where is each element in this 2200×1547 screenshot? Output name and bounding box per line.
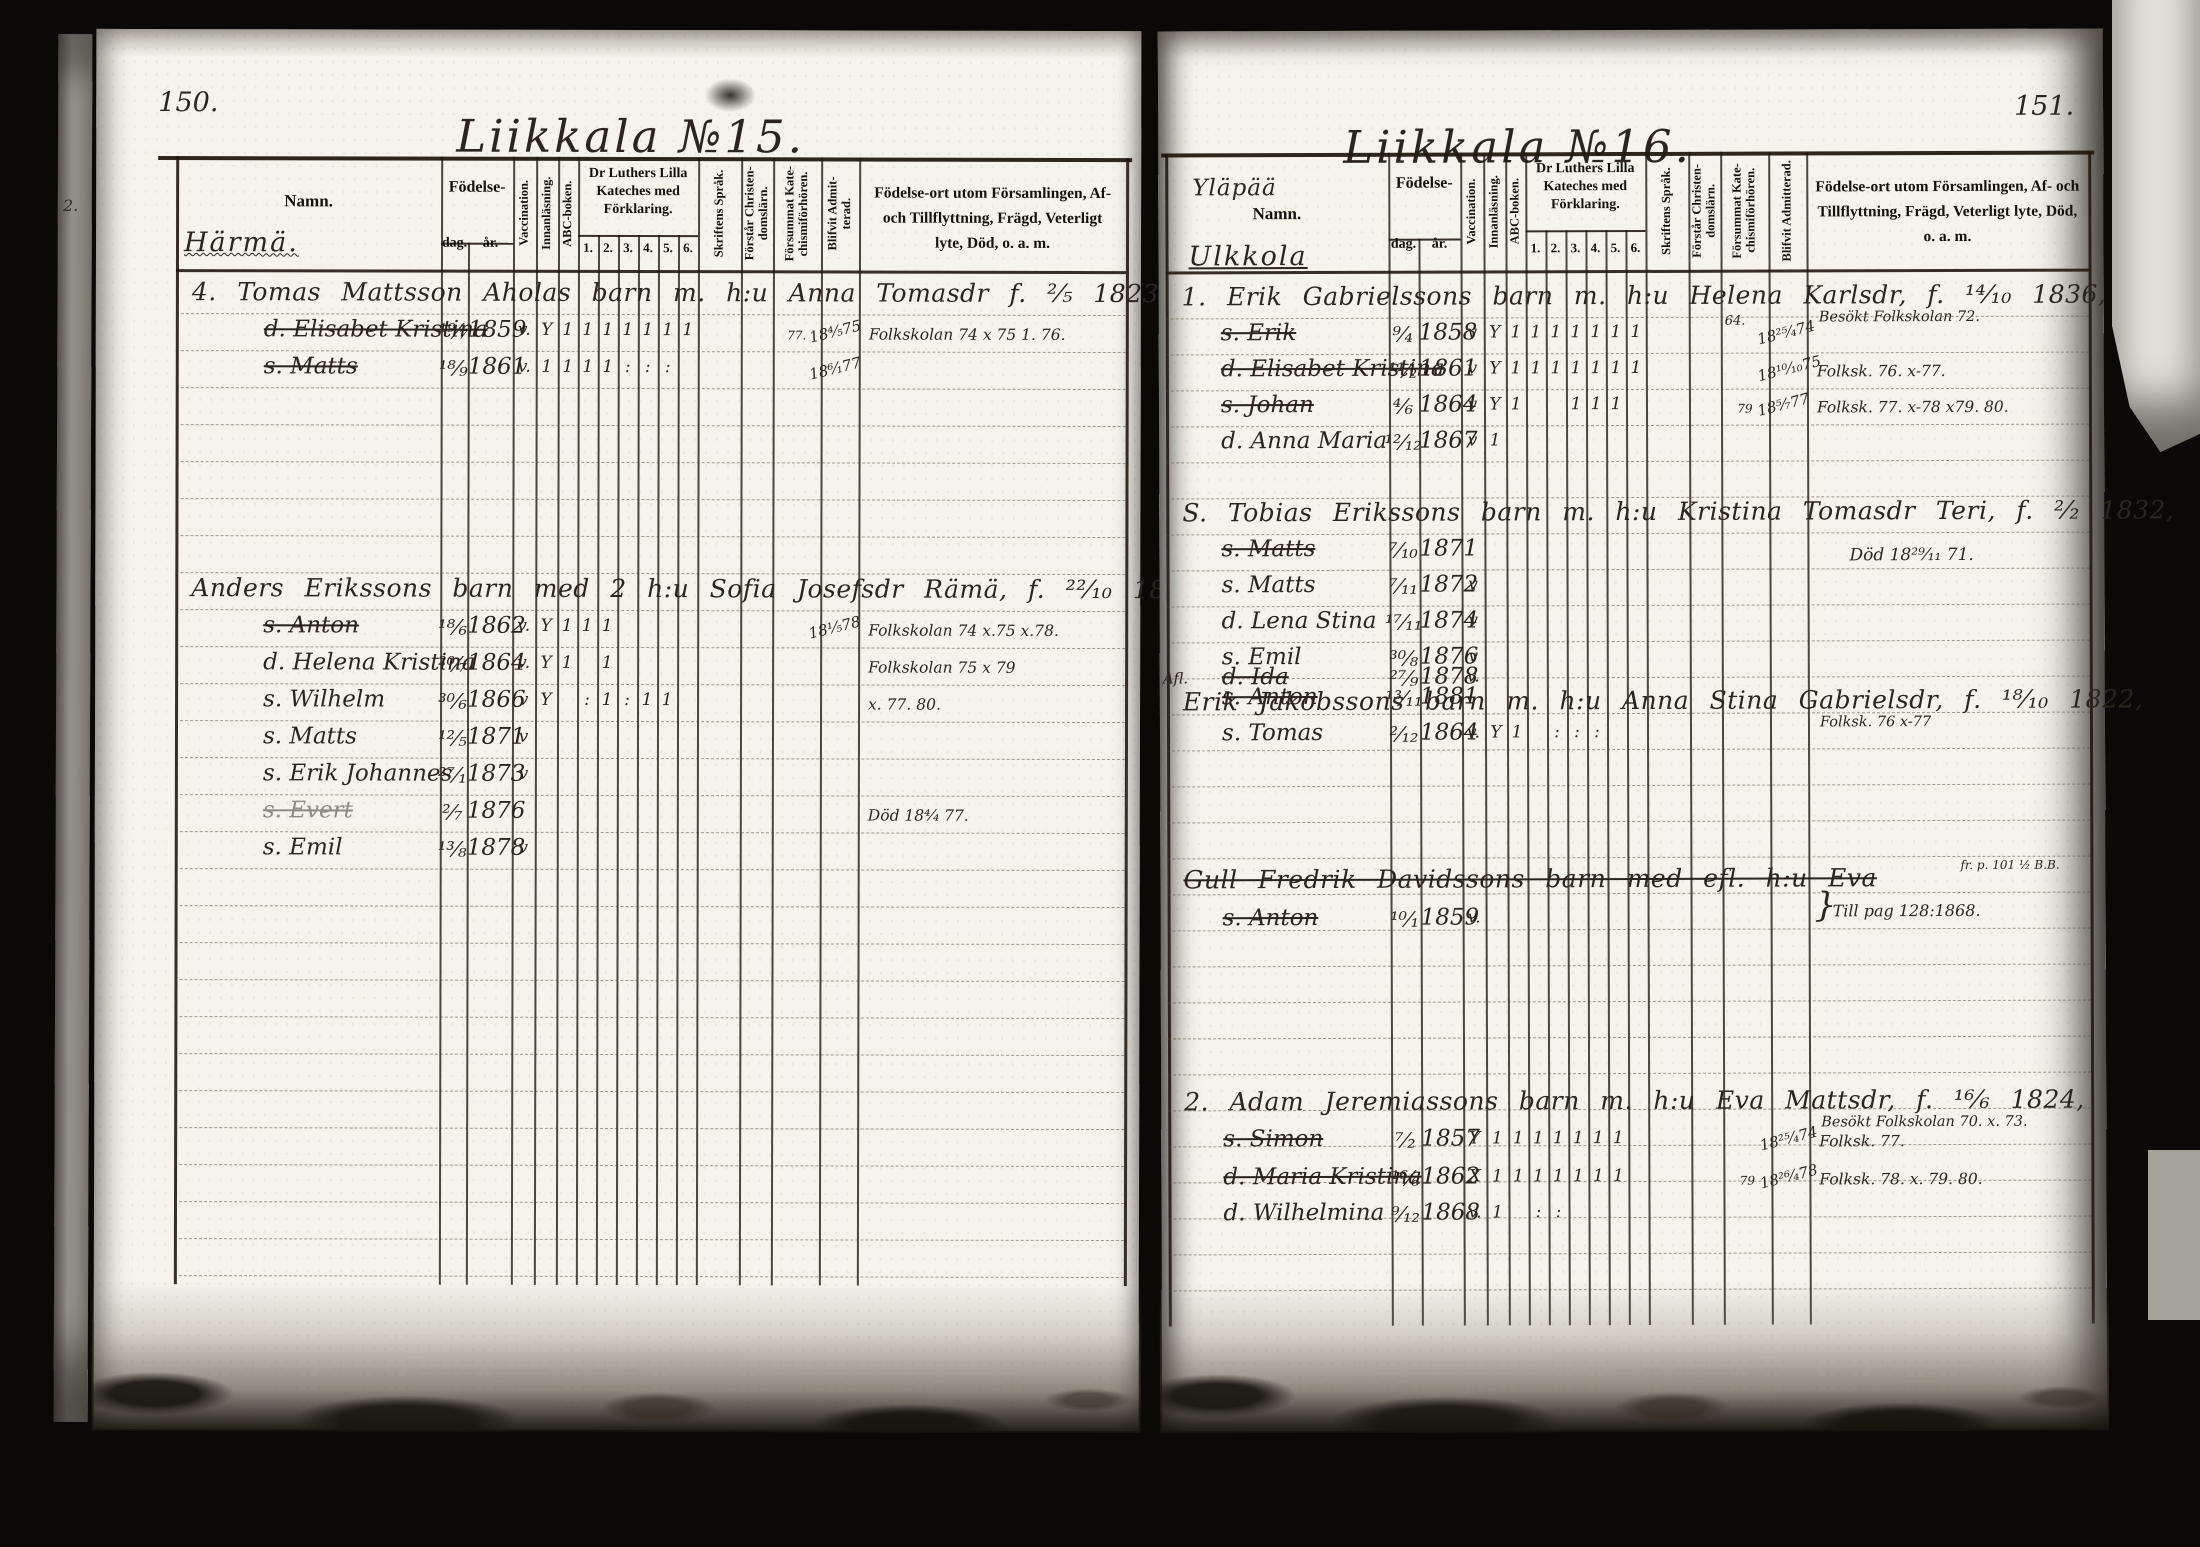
- mark: v: [1462, 610, 1485, 630]
- birth-day: ⁷⁄₁₀: [1383, 539, 1423, 563]
- annotation: fr. p. 101 ½ B.B.: [1960, 858, 2059, 872]
- kateches-col-1: 1.: [578, 240, 598, 256]
- mark: 1: [536, 357, 558, 377]
- page-right: 151. Liikkala №16. Yläpää Ulkkola Namn.F…: [1158, 29, 2107, 1432]
- mark: v: [512, 690, 535, 710]
- family-remark-note: Folksk. 76 x-77: [1820, 714, 1931, 730]
- grid-line: [176, 269, 1126, 273]
- family-header: S. Tobias Erikssons barn m. h:u Kristina…: [1182, 495, 2174, 527]
- mark: 1: [1506, 394, 1526, 414]
- mark: 1: [1506, 358, 1526, 378]
- birth-day: ¹²⁄₁₂: [1383, 431, 1423, 455]
- mark: 1: [1526, 322, 1546, 342]
- mark: 1: [557, 616, 577, 636]
- ruled-line: [174, 1164, 1124, 1167]
- col-header-vaccination: Vaccination.: [514, 163, 535, 264]
- birth-day: ¹⁰⁄₁: [1385, 908, 1425, 932]
- col-header-fodelse: Födelse-: [441, 179, 513, 197]
- mark: 1: [638, 320, 658, 340]
- record-name: s. Tomas: [1222, 720, 1323, 746]
- mark: 1: [1566, 322, 1586, 342]
- mark: 1: [658, 320, 678, 340]
- grid-line: [1645, 152, 1650, 1325]
- mark: :: [617, 690, 637, 710]
- ruled-line: [176, 424, 1126, 427]
- grid-line: [1165, 153, 1172, 1326]
- record-name: d. Anna Maria: [1221, 428, 1387, 455]
- mark: 1: [1546, 358, 1566, 378]
- admitted-note: 18⁶⁄₁77: [807, 353, 862, 383]
- birth-year: 1867: [1419, 428, 1465, 454]
- birth-day: ¹¹⁄₂: [1383, 359, 1423, 383]
- register-table-right: Namn.Födelse-dag.år.Vaccination.Innanläs…: [1158, 29, 2107, 1432]
- ruled-line: [175, 498, 1125, 501]
- mark: Y: [535, 616, 557, 636]
- record-name: d. Lena Stina: [1222, 608, 1377, 634]
- kateches-col-5: 5.: [658, 240, 678, 256]
- record-name: s. Wilhelm: [263, 686, 385, 712]
- col-header-namn: Namn.: [176, 191, 441, 212]
- col-header-vaccination: Vaccination.: [1461, 158, 1482, 264]
- mark: 1: [578, 357, 598, 377]
- kateches-col-2: 2.: [598, 240, 618, 256]
- mark: 1: [1588, 1166, 1608, 1186]
- register-table-left: Namn.Födelse-dag.år.Vaccination.Innanläs…: [94, 29, 1142, 1431]
- col-header-skriftens: Skriftens Språk.: [699, 163, 740, 264]
- birth-year: 1874: [1420, 608, 1466, 634]
- birth-day: ¹⁷⁄₁₁: [1384, 611, 1424, 635]
- admitted-note: 18⁵⁄₇77: [1756, 389, 1812, 419]
- birth-day: ⁴⁄₆: [1383, 395, 1423, 419]
- remark-note: Folkskolan 74 x.75 x.78.: [868, 622, 1059, 640]
- birth-day: ²⁰⁄₇: [434, 653, 471, 677]
- mark: 1: [1586, 358, 1606, 378]
- mark: 1: [1548, 1129, 1568, 1149]
- remark-note: Folkskolan 75 x 79: [868, 659, 1015, 677]
- birth-year: 1861: [1419, 356, 1465, 382]
- col-header-forstar: Förstår Christen­domslärn.: [742, 163, 772, 264]
- mark: v: [1462, 574, 1485, 594]
- mark: Y: [1484, 358, 1506, 378]
- mark: 1: [1486, 1203, 1508, 1223]
- mark: 1: [597, 690, 617, 710]
- ruled-line: [174, 1090, 1124, 1093]
- mark: v: [512, 838, 535, 858]
- mark: 1: [1506, 322, 1526, 342]
- mark: Y: [1484, 394, 1506, 414]
- col-header-remarks: Födelse-ort utom Församlingen, Af- och T…: [1814, 175, 2080, 250]
- annotation: Död 18²⁹⁄₁₁ 71.: [1849, 545, 1973, 565]
- remark-note: Folksk. 77. x-78 x79. 80.: [1817, 398, 2009, 417]
- birth-day: ⁷⁄₂: [1385, 1129, 1425, 1153]
- birth-day: ¹²⁄₅: [434, 727, 471, 751]
- mark: 1: [1586, 322, 1606, 342]
- mark: 1: [657, 690, 677, 710]
- mark: v: [512, 727, 535, 747]
- mark: Y: [1485, 722, 1507, 742]
- mark: :: [618, 357, 638, 377]
- admitted-note: 18¹⁰⁄₁₀75: [1756, 352, 1823, 385]
- birth-year: 1864: [1419, 392, 1465, 418]
- annotation: Till pag 128:1868.: [1833, 901, 1981, 920]
- ruled-line: [175, 868, 1125, 871]
- mark: 1: [1528, 1166, 1548, 1186]
- right-edge-paper-patch: [2148, 1150, 2200, 1320]
- mark: 1: [1508, 1129, 1528, 1149]
- grid-line: [1688, 152, 1693, 1325]
- mark: 1: [1606, 358, 1626, 378]
- record-name: s. Matts: [263, 723, 357, 749]
- mark: 1: [1608, 1166, 1628, 1186]
- birth-day: ⁹⁄₁₂: [1385, 1203, 1425, 1227]
- birth-year: 1873: [467, 761, 516, 787]
- birth-day: ²⁄₇: [434, 801, 471, 825]
- remark-note: x. 77. 80.: [868, 696, 941, 714]
- family-header: 2. Adam Jeremiassons barn m. h:u Eva Mat…: [1184, 1084, 2085, 1116]
- mark: 1: [1626, 358, 1646, 378]
- mark: 1: [578, 320, 598, 340]
- right-adjacent-page-edge: [2112, 0, 2200, 452]
- birth-year: 1862: [467, 613, 516, 639]
- ruled-line: [174, 1016, 1124, 1019]
- remark-note: Folksk. 77.: [1819, 1133, 1905, 1151]
- grid-line: [1161, 151, 2094, 158]
- col-header-innanlasning: Innanläsning.: [537, 163, 557, 264]
- mark: :: [577, 690, 597, 710]
- grid-line: [158, 156, 1132, 162]
- col-header-forstar: Förstår Christen­domslärn.: [1689, 158, 1719, 264]
- mark: 1: [1526, 358, 1546, 378]
- remark-note: Död 18⁴⁄₄ 77.: [868, 807, 969, 825]
- birth-year: 1878: [467, 835, 516, 861]
- kateches-col-3: 3.: [1565, 240, 1585, 256]
- birth-year: 1858: [1419, 320, 1465, 346]
- family-header: 4. Tomas Mattsson Aholas barn m. h:u Ann…: [192, 277, 1168, 308]
- family-header: Anders Erikssons barn med 2 h:u Sofia Jo…: [191, 573, 1207, 604]
- birth-year: 1871: [1419, 536, 1465, 562]
- left-margin-note: 2.: [63, 196, 78, 215]
- mark: v: [1461, 358, 1484, 378]
- mark: Y: [535, 690, 557, 710]
- mark: :: [1587, 722, 1607, 742]
- birth-day: ⁷⁄₁₁: [1384, 575, 1424, 599]
- kateches-col-5: 5.: [1605, 240, 1625, 256]
- mark: 1: [577, 616, 597, 636]
- birth-year: 1862: [1421, 1164, 1467, 1190]
- ruled-line: [174, 1275, 1124, 1278]
- mark: 1: [1486, 1129, 1508, 1149]
- mark: 1: [1586, 394, 1606, 414]
- record-name: s. Erik: [1221, 320, 1297, 346]
- mark: v.: [512, 653, 535, 673]
- col-header-remarks: Födelse-ort utom Församlingen, Af- och T…: [867, 182, 1118, 257]
- birth-year: 1857: [1421, 1126, 1467, 1152]
- mark: 1: [1608, 1128, 1628, 1148]
- birth-year: 1866: [467, 687, 516, 713]
- admitted-note: 18⁴⁄₅75: [807, 316, 862, 346]
- mark: X: [1463, 1167, 1486, 1187]
- family-remark-note: Besökt Folkskolan 70. x. 73.: [1821, 1113, 2027, 1130]
- remark-note: Folksk. 78. x. 79. 80.: [1819, 1170, 1982, 1189]
- birth-year: 1868: [1421, 1200, 1467, 1226]
- ruled-line: [174, 1201, 1124, 1204]
- col-header-namn: Namn.: [1165, 204, 1388, 225]
- mark: 1: [1568, 1129, 1588, 1149]
- col-header-forsummat: Försummat Kate­chismiförhören.: [1721, 158, 1767, 264]
- mark: 1: [1566, 358, 1586, 378]
- mark: :: [1548, 1202, 1568, 1222]
- col-header-dag: dag.: [1388, 237, 1418, 253]
- mark: Y: [1484, 322, 1506, 342]
- mark: 1: [1626, 322, 1646, 342]
- admitted-note: 18¹⁄₅78: [807, 612, 862, 642]
- birth-day: ¹⁸⁄₉: [435, 357, 472, 381]
- col-header-kateches: Dr Luthers Lilla Kateches med Förklaring…: [1525, 160, 1645, 215]
- mark: v: [1461, 394, 1484, 414]
- birth-day: ²⁄₁₂: [1384, 722, 1424, 746]
- birth-year: 1859: [468, 317, 517, 343]
- mark: v.: [1463, 907, 1486, 927]
- col-header-innanlasning: Innanläsning.: [1484, 158, 1504, 264]
- grid-line: [1625, 230, 1630, 1325]
- record-name: s. Erik Johannes: [263, 760, 453, 786]
- mark: 1: [1588, 1128, 1608, 1148]
- mark: 1: [1568, 1166, 1588, 1186]
- mark: 1: [1606, 322, 1626, 342]
- mark: Y: [536, 320, 558, 340]
- kateches-col-6: 6.: [1625, 240, 1645, 256]
- col-header-blifvit: Blifvit Admit­terad.: [1769, 157, 1805, 263]
- mark: :: [638, 357, 658, 377]
- mark: 1: [1606, 394, 1626, 414]
- birth-year: 1861: [468, 354, 517, 380]
- birth-day: ¹⁸⁄₆: [434, 616, 471, 640]
- mark: Y: [535, 653, 557, 673]
- ruled-line: [175, 905, 1125, 908]
- annotation: 64.: [1725, 313, 1746, 328]
- mark: 1: [1486, 1167, 1508, 1187]
- col-header-dag: dag.: [441, 236, 468, 252]
- record-name: s. Matts: [1221, 536, 1315, 562]
- family-remark-note: Besökt Folkskolan 72.: [1819, 309, 1980, 326]
- mark: 1: [598, 320, 618, 340]
- grid-line: [2088, 151, 2094, 1324]
- birth-year: 1859: [1421, 905, 1467, 931]
- record-name: s. Emil: [263, 834, 343, 860]
- mark: v.: [513, 320, 536, 340]
- birth-year: 1864: [1420, 719, 1466, 745]
- ruled-line: [175, 535, 1125, 538]
- mark: :: [1567, 722, 1587, 742]
- mark: 1: [598, 357, 618, 377]
- ruled-line: [174, 979, 1124, 982]
- mark: 1: [1546, 322, 1566, 342]
- ruled-line: [174, 1238, 1124, 1241]
- kateches-col-4: 4.: [638, 240, 658, 256]
- birth-day: ¹⁶⁄₆: [1385, 1167, 1425, 1191]
- mark: 1: [558, 357, 578, 377]
- mark: :: [1528, 1202, 1548, 1222]
- mark: 1: [1508, 1167, 1528, 1187]
- record-name: s. Johan: [1221, 392, 1314, 418]
- kateches-col-6: 6.: [678, 240, 698, 256]
- mark: 1: [597, 653, 617, 673]
- record-name: s. Matts: [1222, 572, 1316, 598]
- mark: 1: [678, 320, 698, 340]
- mark: 1: [1528, 1129, 1548, 1149]
- kateches-col-3: 3.: [618, 240, 638, 256]
- family-header: Erik Jakobssons barn m. h:u Anna Stina G…: [1183, 684, 2143, 716]
- mark: 1: [1507, 722, 1527, 742]
- ruled-line: [174, 1127, 1124, 1130]
- mark: 1: [557, 653, 577, 673]
- margin-label: Afl.: [1163, 669, 1188, 687]
- birth-day: ¹⁹⁄₇: [435, 320, 472, 344]
- col-header-blifvit: Blifvit Admit­terad.: [822, 163, 858, 264]
- remark-note: Folksk. 76. x-77.: [1817, 362, 1946, 380]
- record-name: s. Simon: [1223, 1126, 1323, 1152]
- col-header-skriftens: Skriftens Språk.: [1646, 158, 1687, 264]
- ruled-line: [176, 461, 1126, 464]
- birth-day: ²⁷⁄₁: [434, 764, 471, 788]
- record-name: d. Wilhelmina: [1223, 1200, 1384, 1227]
- col-header-fodelse: Födelse-: [1388, 175, 1460, 193]
- mark: v: [1461, 430, 1484, 450]
- mark: Y: [1463, 1129, 1486, 1149]
- mark: 1: [1566, 394, 1586, 414]
- mark: v.: [512, 616, 535, 636]
- birth-day: ³⁰⁄₆: [434, 690, 471, 714]
- birth-year: 1876: [467, 798, 516, 824]
- mark: 1: [1484, 430, 1506, 450]
- ruled-line: [174, 1053, 1124, 1056]
- record-name: s. Anton: [1223, 905, 1319, 931]
- birth-year: 1871: [467, 724, 516, 750]
- scanned-book-spread: 2. 150. Liikkala №15. Härmä. Namn.Födels…: [0, 0, 2200, 1547]
- mark: v.: [1463, 1203, 1486, 1223]
- record-name: s. Matts: [264, 353, 358, 379]
- mark: :: [1547, 722, 1567, 742]
- grid-line: [1545, 230, 1550, 1325]
- mark: v: [512, 764, 535, 784]
- mark: :: [658, 357, 678, 377]
- page-left: 150. Liikkala №15. Härmä. Namn.Födelse-d…: [94, 29, 1142, 1431]
- mark: 1: [558, 320, 578, 340]
- ruled-line: [176, 387, 1126, 390]
- kateches-col-4: 4.: [1585, 240, 1605, 256]
- col-header-ar: år.: [468, 236, 513, 252]
- kateches-col-1: 1.: [1525, 240, 1545, 256]
- ruled-line: [175, 942, 1125, 945]
- mark: 1: [618, 320, 638, 340]
- birth-year: 1872: [1420, 572, 1466, 598]
- col-header-abc-boken: ABC-boken.: [559, 163, 577, 264]
- mark: 1: [637, 690, 657, 710]
- birth-year: 1864: [467, 650, 516, 676]
- mark: 1: [1548, 1166, 1568, 1186]
- family-header: 1. Erik Gabrielssons barn m. h:u Helena …: [1182, 280, 2107, 312]
- col-header-ar: år.: [1418, 237, 1460, 253]
- family-header: Gull Fredrik Davidssons barn med efl. h:…: [1183, 863, 1877, 894]
- mark: v: [1461, 322, 1484, 342]
- birth-day: ⁹⁄₄: [1383, 323, 1423, 347]
- kateches-col-2: 2.: [1545, 240, 1565, 256]
- birth-day: ¹³⁄₈: [434, 838, 471, 862]
- record-name: s. Anton: [263, 612, 359, 638]
- col-header-forsummat: Försummat Kate­chismiförhören.: [774, 163, 820, 264]
- remark-note: Folkskolan 74 x 75 1. 76.: [869, 326, 1066, 344]
- left-page-edge-sliver: [54, 34, 93, 1422]
- col-header-kateches: Dr Luthers Lilla Kateches med Förklaring…: [578, 165, 698, 220]
- mark: 1: [597, 616, 617, 636]
- mark: v.: [513, 357, 536, 377]
- mark: v.: [1462, 722, 1485, 742]
- record-name: s. Evert: [263, 797, 353, 823]
- col-header-abc-boken: ABC-boken.: [1506, 158, 1524, 264]
